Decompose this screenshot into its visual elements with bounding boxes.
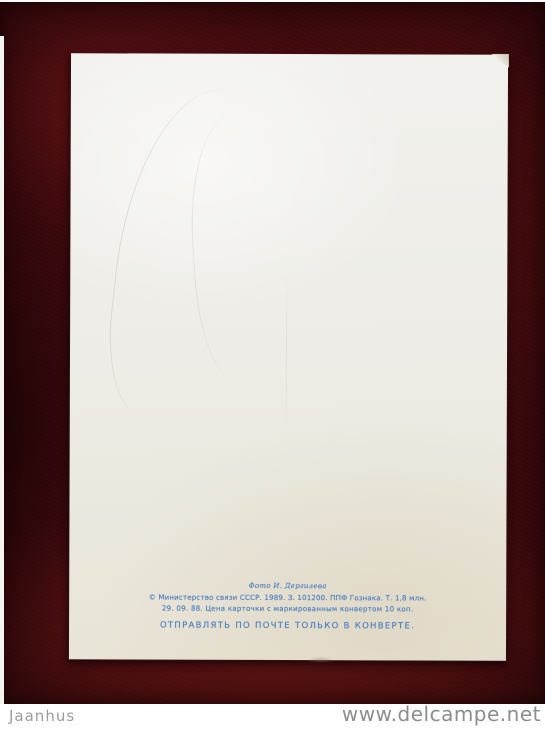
imprint-photo-credit: Фото И. Дергилева (69, 581, 506, 591)
paper-crease (286, 269, 288, 439)
imprint-block: Фото И. Дергилева © Министерство связи С… (69, 581, 506, 632)
imprint-mailing-notice: ОТПРАВЛЯТЬ ПО ПОЧТЕ ТОЛЬКО В КОНВЕРТЕ. (69, 620, 506, 632)
watermark-delcampe: www.delcampe.net (342, 702, 541, 726)
imprint-price-line: 29. 09. 88. Цена карточки с маркированны… (69, 604, 506, 614)
watermark-seller: Jaanhus (9, 707, 75, 725)
imprint-publisher-line: © Министерство связи СССР. 1989. З. 1012… (69, 593, 506, 603)
edge-dent (307, 656, 335, 662)
leather-background-photo: Фото И. Дергилева © Министерство связи С… (0, 2, 545, 704)
corner-fold (491, 54, 509, 68)
scan-margin (0, 36, 4, 704)
postcard-back: Фото И. Дергилева © Министерство связи С… (69, 53, 508, 661)
